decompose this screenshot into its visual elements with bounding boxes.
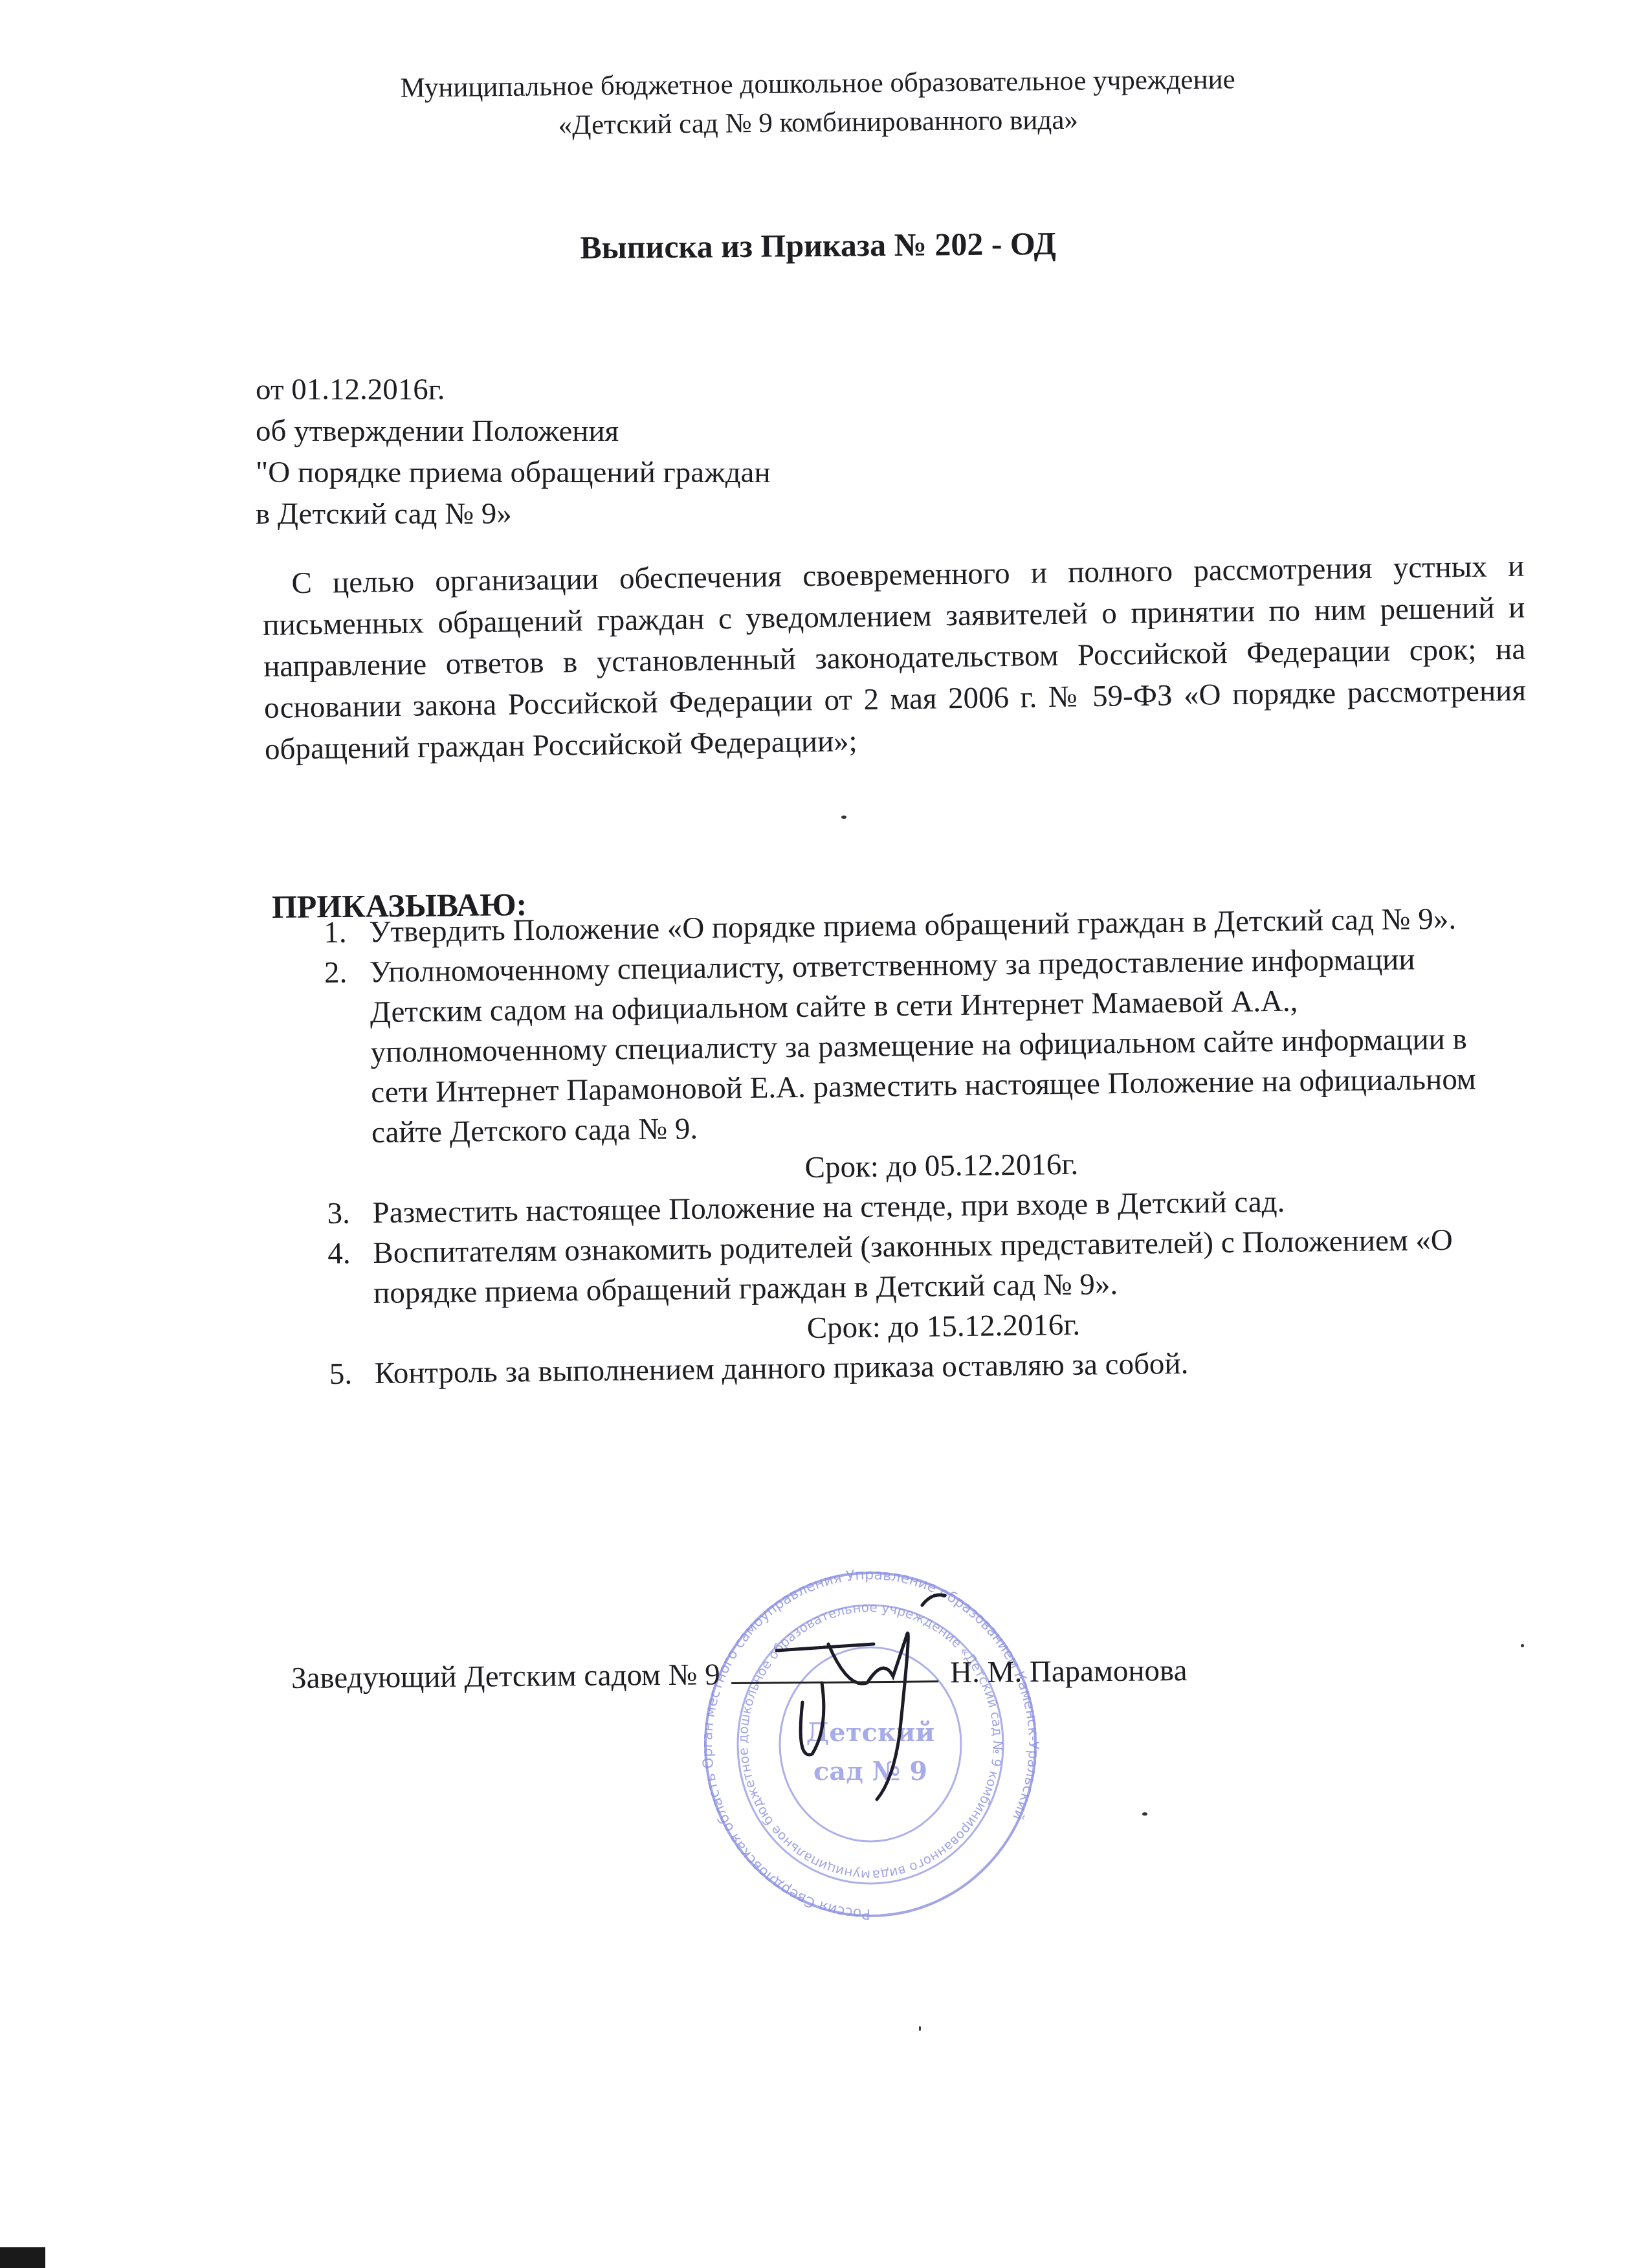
item-number: 3.	[327, 1194, 350, 1234]
signature-block: Заведующий Детским садом № 9 Н. М. Парам…	[291, 1653, 1188, 1696]
item-number: 4.	[327, 1234, 351, 1274]
official-stamp-icon: Россия Свердловская область Орган местно…	[699, 1566, 1042, 1929]
institution-header: Муниципальное бюджетное дошкольное образ…	[0, 56, 1636, 151]
stamp-center-line1: Детский	[806, 1717, 934, 1748]
item-number: 5.	[329, 1354, 352, 1394]
scan-speck	[919, 2026, 921, 2031]
item-text: Уполномоченному специалисту, ответственн…	[370, 942, 1476, 1150]
document-page: Муниципальное бюджетное дошкольное образ…	[0, 0, 1636, 2268]
item-number: 2.	[324, 953, 348, 993]
scan-speck	[841, 816, 846, 819]
item-text: Контроль за выполнением данного приказа …	[374, 1347, 1188, 1390]
item-number: 1.	[324, 913, 347, 953]
order-subject-line: об утверждении Положения	[256, 410, 771, 452]
order-date: от 01.12.2016г.	[256, 369, 771, 410]
order-subject-line: "О порядке приема обращений граждан	[256, 452, 771, 493]
preamble-paragraph: С целью организации обеспечения своеврем…	[262, 546, 1527, 770]
order-item: 4. Воспитателям ознакомить родителей (за…	[327, 1219, 1512, 1314]
order-items-list: 1. Утвердить Положение «О порядке приема…	[324, 898, 1514, 1394]
item-text: Воспитателям ознакомить родителей (закон…	[373, 1223, 1453, 1310]
document-title: Выписка из Приказа № 202 - ОД	[0, 219, 1636, 271]
scan-speck	[1142, 1812, 1147, 1816]
signatory-name: Н. М. Парамонова	[950, 1654, 1188, 1689]
stamp-center-line2: сад № 9	[813, 1756, 927, 1786]
signatory-position: Заведующий Детским садом № 9	[291, 1658, 720, 1695]
scan-speck	[1521, 1644, 1524, 1647]
order-subject-line: в Детский сад № 9»	[256, 493, 771, 535]
scan-edge-artifact	[0, 2247, 45, 2268]
preamble-text: С целью организации обеспечения своеврем…	[263, 550, 1526, 766]
order-meta: от 01.12.2016г. об утверждении Положения…	[256, 369, 771, 535]
order-item: 2. Уполномоченному специалисту, ответств…	[324, 939, 1511, 1153]
signature-line	[732, 1680, 939, 1684]
